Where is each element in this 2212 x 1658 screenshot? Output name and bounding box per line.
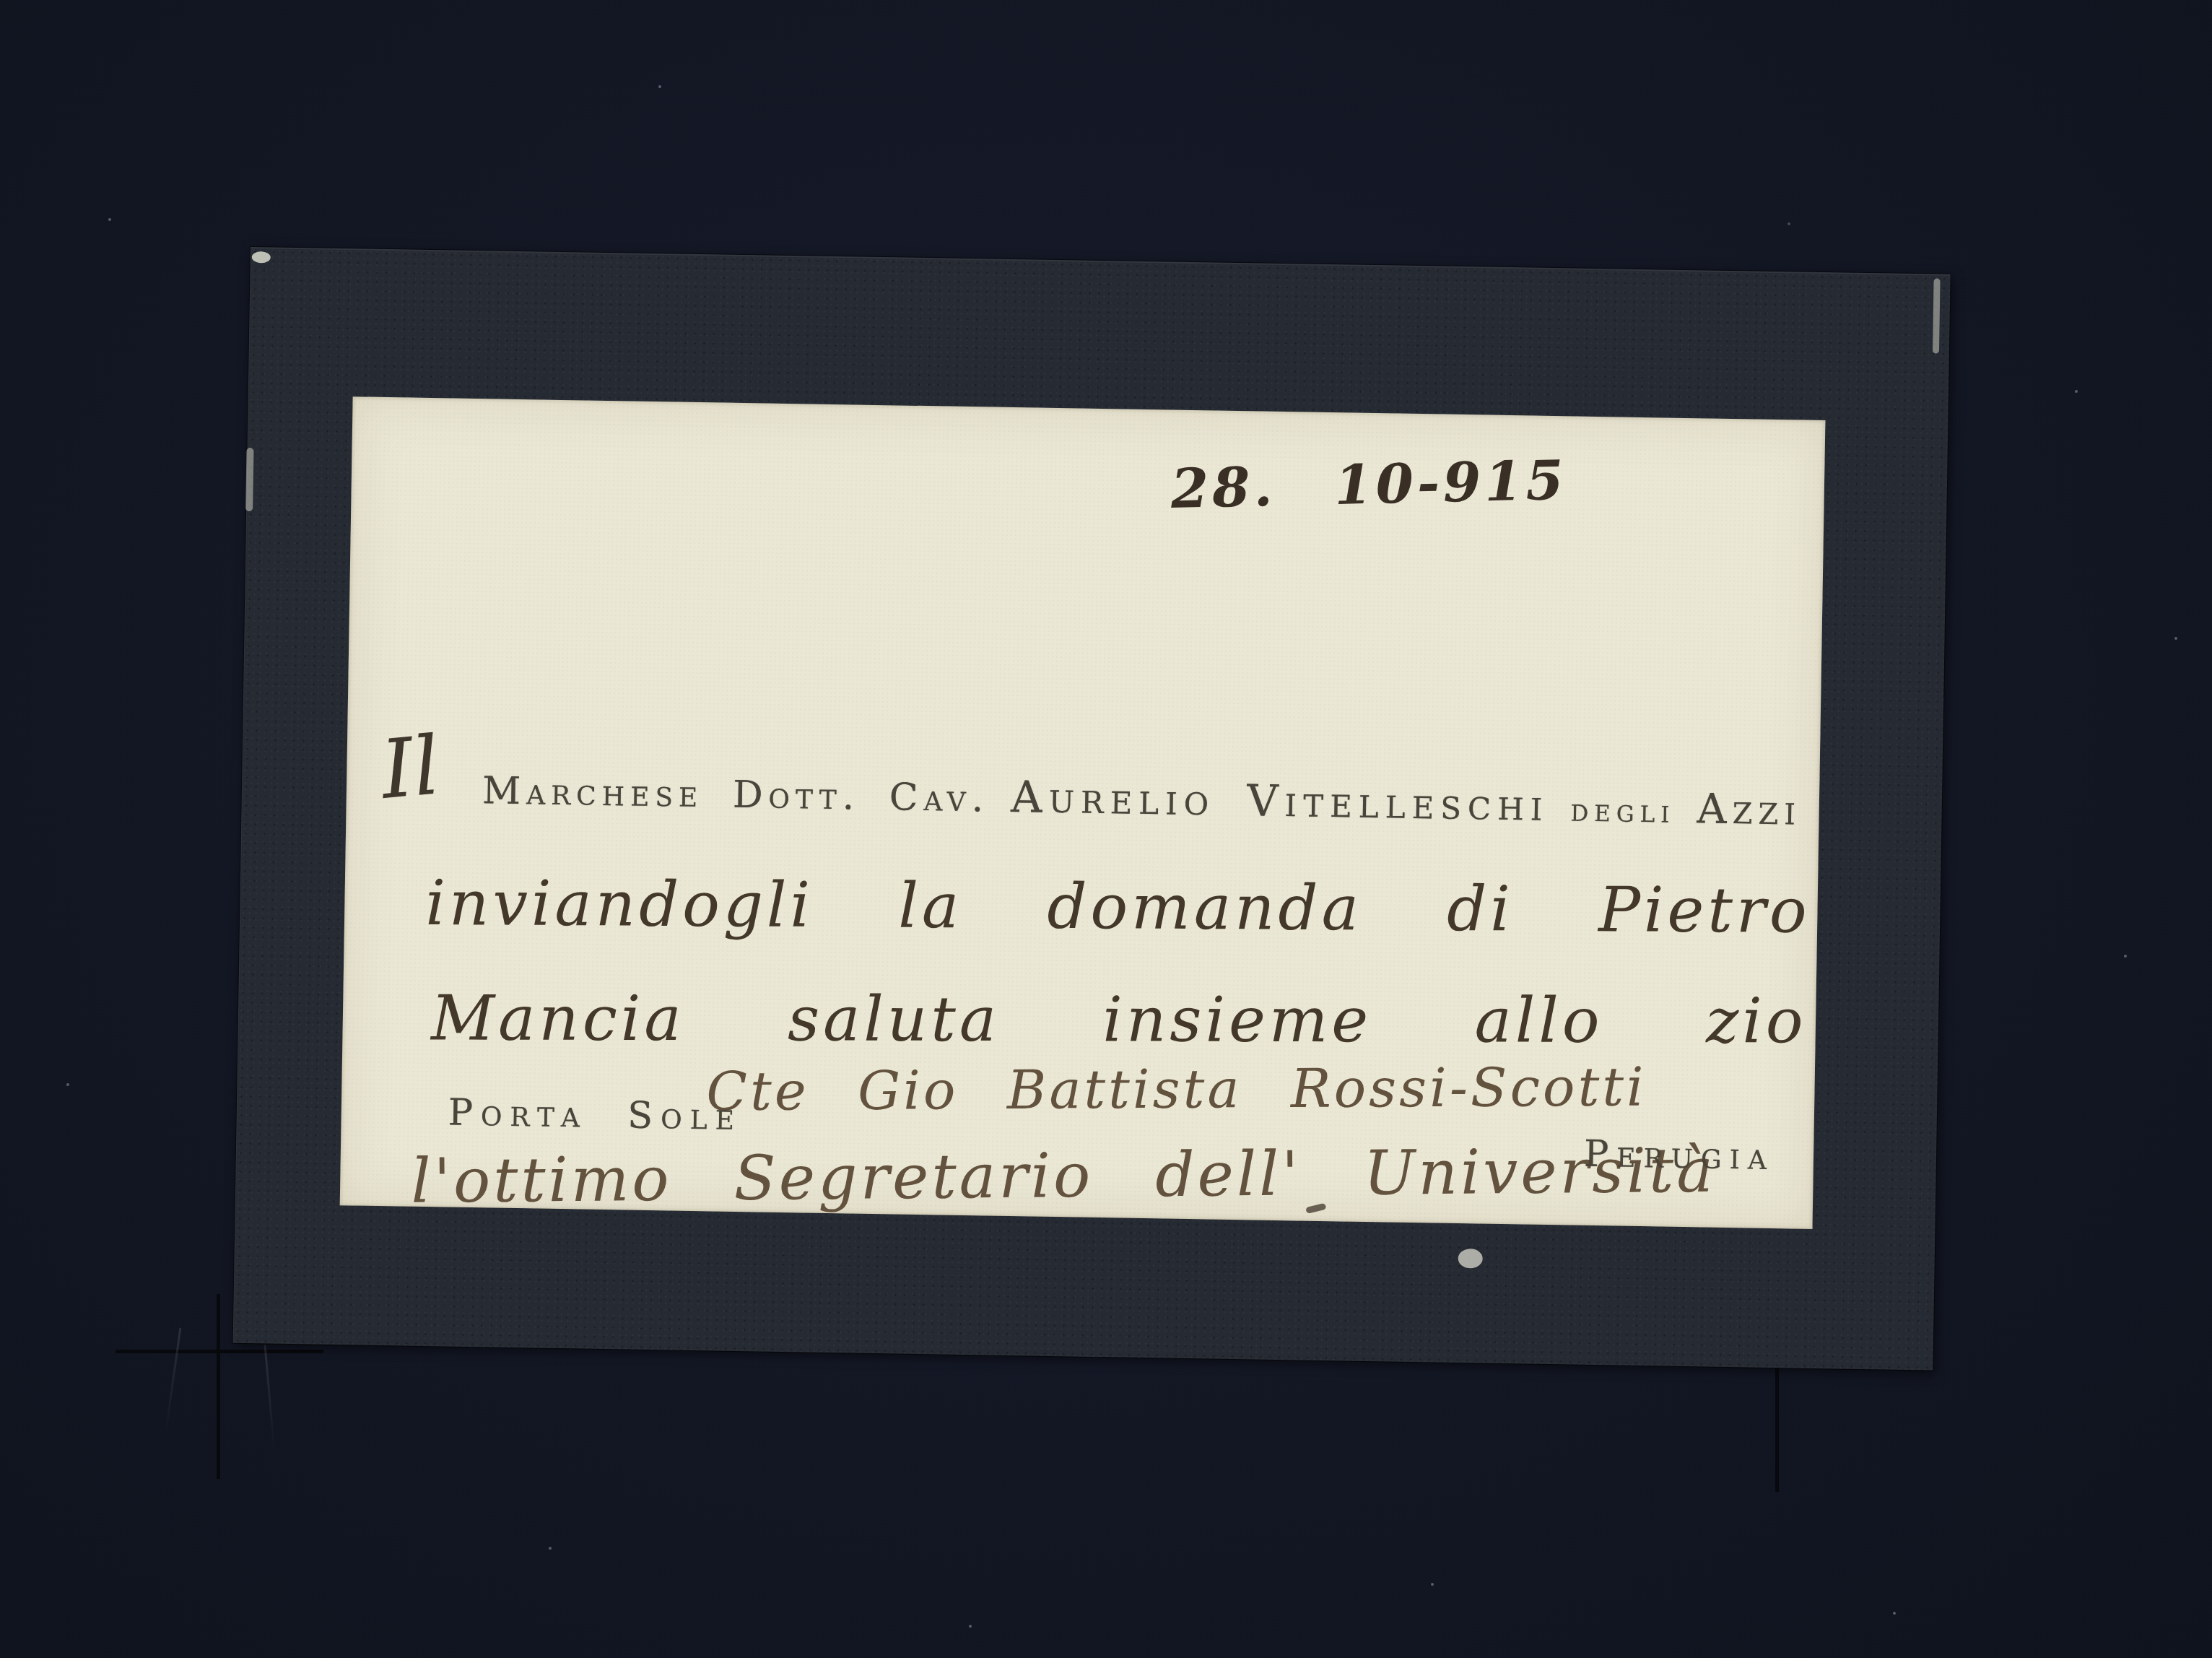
dust-speck — [2124, 955, 2127, 958]
printed-city-perugia: Perugia — [1584, 1133, 1775, 1179]
scratch-mark — [264, 1345, 275, 1453]
printed-address-porta-sole: Porta Sole — [448, 1092, 742, 1140]
dust-speck — [2174, 637, 2177, 640]
handwritten-message-line-1: inviandogli la domanda di Pietro — [425, 867, 1811, 947]
handwritten-message-line-4: l'ottimo Segretario dell' Università — [411, 1135, 1716, 1218]
edge-scuff — [245, 448, 253, 511]
dust-speck — [658, 85, 661, 88]
handwritten-message-line-3: Cte Gio Battista Rossi-Scotti — [706, 1056, 1647, 1123]
album-page: 28. 10-915 Il Marchese Dott. Cav. Aureli… — [0, 0, 2212, 1658]
dust-speck — [66, 1083, 69, 1086]
printed-given-names: Aurelio Vitelleschi — [1011, 772, 1549, 831]
dust-speck — [969, 1625, 972, 1628]
handwritten-article-il: Il — [378, 719, 443, 817]
handwritten-date: 28. 10-915 — [1170, 448, 1567, 521]
border-scuff — [1458, 1249, 1483, 1269]
dust-speck — [1893, 1612, 1896, 1615]
corner-chip — [252, 251, 271, 263]
dust-speck — [1431, 1583, 1434, 1586]
edge-scuff — [1933, 278, 1941, 353]
crop-mark-bottom-left-vertical — [217, 1294, 220, 1479]
dust-speck — [1788, 222, 1790, 225]
scratch-mark — [165, 1328, 182, 1436]
crop-mark-bottom-right-vertical — [1775, 1363, 1779, 1492]
printed-surname: Azzi — [1697, 785, 1802, 834]
mourning-card: 28. 10-915 Il Marchese Dott. Cav. Aureli… — [233, 247, 1951, 1371]
printed-particle: degli — [1570, 791, 1676, 830]
printed-name-line: Marchese Dott. Cav. Aurelio Vitelleschi … — [482, 763, 1801, 835]
printed-titles: Marchese Dott. Cav. — [482, 769, 989, 820]
dust-speck — [108, 218, 111, 221]
dust-speck — [549, 1547, 552, 1550]
card-face: 28. 10-915 Il Marchese Dott. Cav. Aureli… — [340, 396, 1826, 1229]
handwritten-message-line-2: Mancia saluta insieme allo zio — [431, 982, 1807, 1057]
dust-speck — [2075, 390, 2078, 393]
